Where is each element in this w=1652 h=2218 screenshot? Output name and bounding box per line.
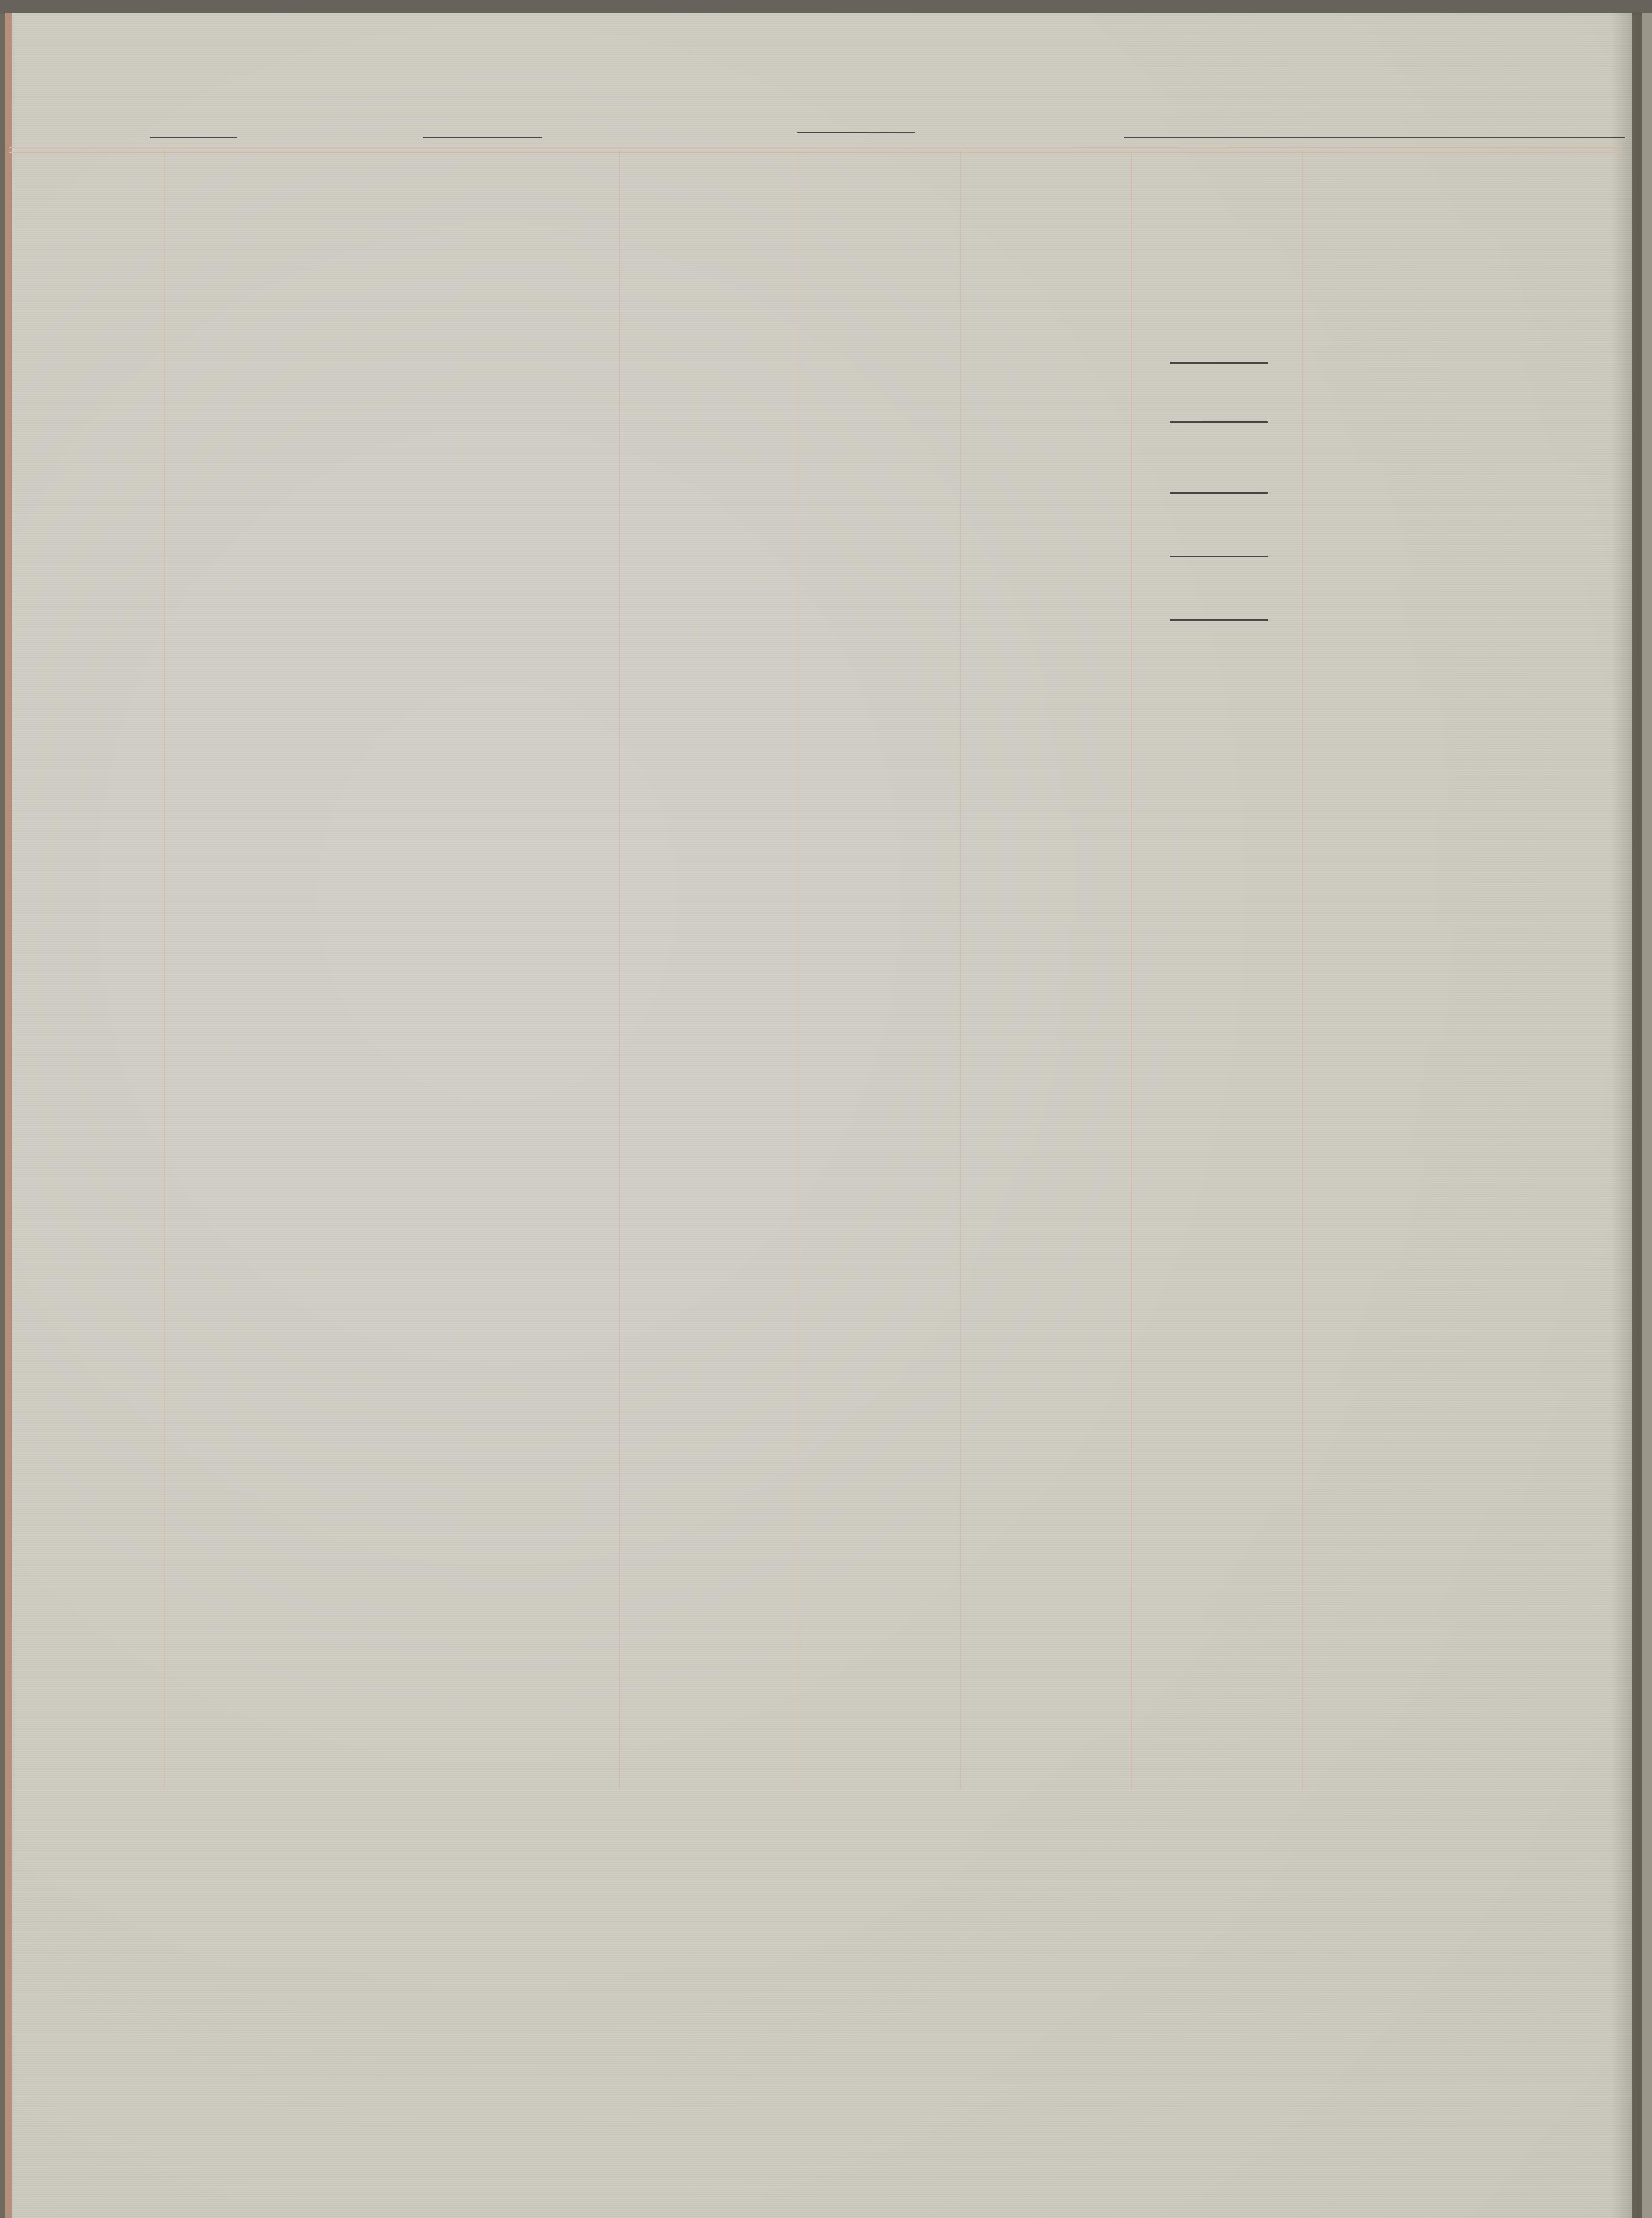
allotment-field [797, 132, 915, 133]
table-row [0, 637, 1621, 683]
table-row [0, 528, 1621, 574]
subdivision-dash [1170, 421, 1268, 423]
section-field [423, 137, 542, 138]
subdivision-dash [1170, 362, 1268, 364]
table-row [0, 460, 1621, 505]
header-rule [9, 147, 1621, 153]
map-field [150, 137, 237, 138]
subdivision-dash [1170, 492, 1268, 494]
table-row [0, 339, 1621, 385]
subdivision-dash [1170, 556, 1268, 557]
table-row [0, 394, 1621, 439]
district-field [1124, 137, 1625, 138]
next-page-edge [1642, 13, 1652, 2218]
subdivision-dash [1170, 619, 1268, 621]
book-binding [0, 0, 1652, 14]
